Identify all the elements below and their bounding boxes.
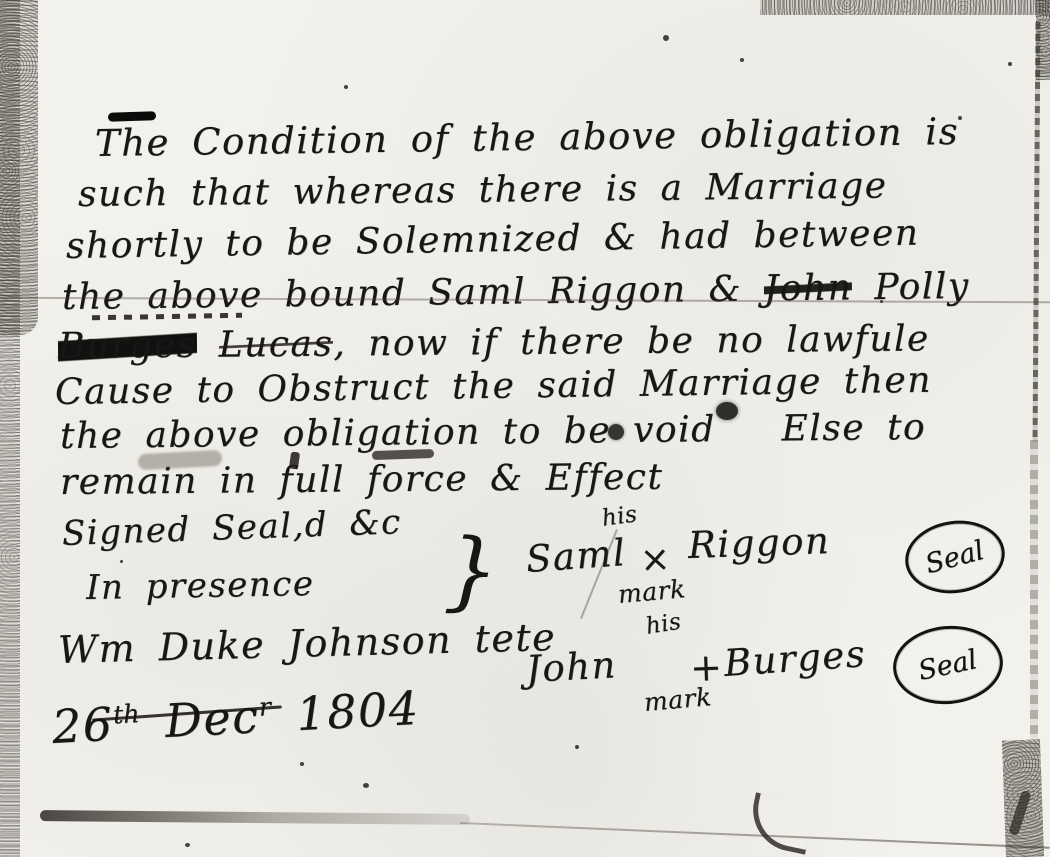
line-text: Cause to Obstruct the said Marriage then [55,360,932,413]
manuscript-line-4: the above bound Saml Riggon & John Polly [62,266,970,318]
seal-stamp-burges: Seal [890,621,1006,708]
line-text: The Condition of the above obligation is [95,110,960,165]
line-text: the above obligation to be void Else to [60,407,927,457]
date-day-suffix: th [112,699,140,729]
manuscript-line-5: Burges Lucas, now if there be no lawfule [58,318,930,367]
signature-riggon-last: Riggon [687,519,831,567]
date-day: 26 [51,697,115,754]
brace-glyph: } [442,520,500,622]
signed-sealed-line: Signed Seal,d &c [61,502,402,554]
signature-text: mark [643,682,713,717]
manuscript-line-6: Cause to Obstruct the said Marriage then [55,360,932,413]
line-text: such that whereas there is a Marriage [78,166,888,215]
line-text: , now if there be no lawfule [333,318,930,364]
line-text: Wm Duke Johnson tete [57,615,556,672]
ink-blot-top-left [108,111,156,122]
bottom-edge-streak [40,810,470,825]
struck-word-burges: Burges [58,325,197,367]
speck [880,300,883,303]
manuscript-line-3: shortly to be Solemnized & had between [66,213,920,267]
manuscript-line-1: The Condition of the above obligation is [95,110,960,165]
left-edge-shadow-top [0,0,38,335]
in-presence-line: In presence [86,564,315,608]
right-paper-edge-line-lower [1030,440,1038,740]
signature-burges-first: John [525,643,618,691]
speck [300,762,304,766]
bottom-edge-line [460,822,1050,849]
speck [1008,62,1012,66]
speck [958,116,962,120]
signature-burges-his: his [644,609,683,640]
seal-word: Seal [922,534,987,579]
speck [575,745,579,749]
date-year: 1804 [295,681,421,741]
line-text: In presence [86,564,315,608]
witness-line: Wm Duke Johnson tete [57,615,556,672]
signature-text: Riggon [687,519,831,567]
top-edge-shadow [760,0,1050,15]
speck [740,58,744,62]
manuscript-line-2: such that whereas there is a Marriage [78,166,888,215]
line-text: Signed Seal,d &c [61,502,402,554]
speck [344,85,348,89]
speck [120,560,123,563]
line-text: shortly to be Solemnized & had between [66,213,920,267]
right-paper-edge-line [1033,22,1041,442]
struck-word-john: John [764,267,853,309]
signature-text: his [600,501,639,532]
ink-blob-2 [716,402,738,420]
curved-pen-mark [745,792,815,855]
line-text [197,325,219,366]
attestation-brace: } [443,527,501,615]
signature-text: mark [617,574,687,609]
date-month: Dec [164,689,261,748]
ink-blob-1 [608,424,624,440]
signature-riggon-mark-word: mark [617,574,687,609]
signature-burges-mark-word: mark [643,682,713,717]
signature-text: his [644,609,683,640]
line-text: the above bound Saml Riggon & [62,268,764,318]
struck-word-lucas: Lucas [218,324,333,366]
signature-text: Burges [723,632,868,685]
signature-riggon-his: his [600,501,639,532]
seal-stamp-riggon: Seal [900,514,1009,599]
speck [363,783,369,788]
manuscript-line-7: the above obligation to be void Else to [60,407,927,457]
speck [185,843,190,847]
signature-burges-last: Burges [723,632,868,685]
scanned-document-page: The Condition of the above obligation is… [0,0,1050,857]
seal-word: Seal [916,644,980,687]
speck [663,35,669,41]
signature-text: John [525,643,618,691]
